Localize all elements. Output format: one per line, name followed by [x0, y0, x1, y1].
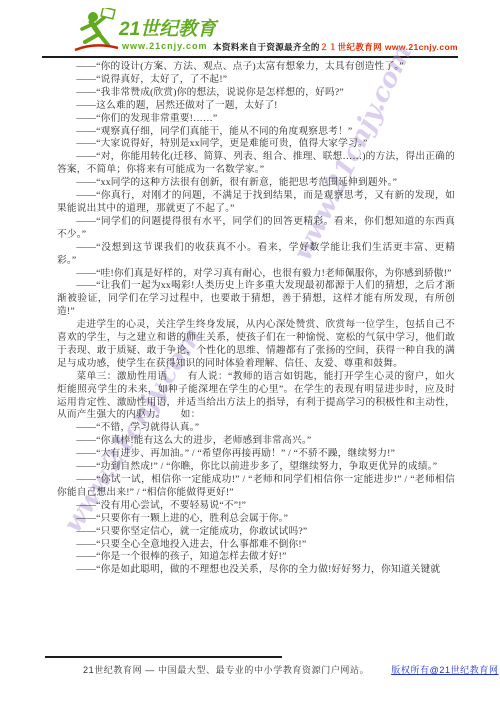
document-body: ——“你的设计(方案、方法、观点、点子)太富有想象力，太具有创造性了。” ——“… [57, 61, 455, 577]
paragraph: ——这么难的题，居然还做对了一题，太好了! [57, 100, 455, 113]
logo-brand-text: 21世纪教育 [118, 18, 219, 40]
paragraph: ——“没有用心尝试，不要轻易说“不”!” [57, 500, 455, 513]
footer-site-description: 21世纪教育网 — 中国最大型、最专业的中小学教育资源门户网站。 [83, 663, 369, 676]
paragraph: ——“你是如此聪明，做的不理想也没关系，尽你的全力做!好好努力，你知道关键就 [57, 564, 455, 577]
paragraph: ——“你是一个很棒的孩子，知道怎样去做才好!” [57, 551, 455, 564]
paragraph: ——“说得真好，太好了，了不起!” [57, 74, 455, 87]
paragraph: 走进学生的心灵，关注学生终身发展，从内心深处赞赏、欣赏每一位学生，包括自己不喜欢… [57, 319, 455, 371]
header-tagline: 本资料来自于资源最齐全的２１世纪教育网 www.21cnjy.com [213, 41, 458, 53]
paragraph: ——“对，你能用转化(迁移、简算、列表、组合、推理、联想……)的方法，得出正确的… [57, 151, 455, 177]
page-footer: 21世纪教育网 — 中国最大型、最专业的中小学教育资源门户网站。 版权所有@21… [83, 663, 460, 676]
logo-site-url: www.21cnjy.com [121, 41, 208, 51]
paragraph: ——“没想到这节课我们的收获真不小。看来，学好数学能让我们生活更丰富、更精彩。” [57, 242, 455, 268]
paragraph: ——“哇!你们真是好样的，对学习真有耐心，也很有毅力!老师佩服你，为你感到骄傲!… [57, 268, 455, 281]
paragraph: ——“大有进步、再加油。” / “希望你再接再励！” / “不骄不躁，继续努力!… [57, 448, 455, 461]
running-man-icon [75, 8, 118, 50]
page-header: 21世纪教育 www.21cnjy.com 本资料来自于资源最齐全的２１世纪教育… [42, 0, 458, 58]
document-page: { "header": { "logo": { "brand": "21世纪教育… [0, 0, 500, 707]
swoosh-underline [75, 45, 118, 50]
paragraph: ——“你真行，对刚才的问题，不满足于找到结果，而是观察思考，又有新的发现，如果能… [57, 190, 455, 216]
paragraph: ——“只要你坚定信心，就一定能成功，你敢试试吗?” [57, 526, 455, 539]
paragraph: ——“你试一试，相信你一定能成功!” / “老师和同学们相信你一定能进步!” /… [57, 474, 455, 500]
paragraph: ——“你们的发现非常重要!……” [57, 113, 455, 126]
tagline-brand: ２１世纪教育网 [320, 42, 382, 52]
paragraph: 菜单三：激励性用语 有人说：“教师的语言如钥匙，能打开学生心灵的窗户，如火炬能照… [57, 371, 455, 423]
paragraph: ——“不错，学习就得认真。” [57, 422, 455, 435]
paragraph: ——“观察真仔细，同学们真能干，能从不同的角度观察思考！” [57, 126, 455, 139]
paragraph: ——“你的设计(方案、方法、观点、点子)太富有想象力，太具有创造性了。” [57, 61, 455, 74]
paragraph: ——“让我们一起为xx喝彩!人类历史上许多重大发现最初都源于人们的猜想，之后才渐… [57, 280, 455, 319]
paragraph: ——“大家说得好，特别是xx同学，更是难能可贵，值得大家学习。” [57, 138, 455, 151]
tagline-url: www.21cnjy.com [385, 42, 458, 52]
paragraph: ——“只要全心全意地投入进去，什么事都难不倒你!” [57, 539, 455, 552]
paragraph: ——“我非常赞成(欣赏)你的想法，说说你是怎样想的，好吗?” [57, 87, 455, 100]
paragraph: ——“同学们的问题提得很有水平，同学们的回答更精彩。看来，你们想知道的东西真不少… [57, 216, 455, 242]
paragraph: ——“你真棒!能有这么大的进步，老师感到非常高兴。” [57, 435, 455, 448]
tagline-prefix: 本资料来自于资源最齐全的 [213, 42, 320, 52]
footer-divider [45, 656, 282, 658]
copyright-link[interactable]: 版权所有@21世纪教育网 [391, 663, 498, 676]
paragraph: ——“xx同学的这种方法很有创新，很有新意，能把思考范围延伸到题外。” [57, 177, 455, 190]
paragraph: ——“功到自然成!” / “你瞧，你比以前进步多了，望继续努力，争取更优异的成绩… [57, 461, 455, 474]
paragraph: ——“只要你有一颗上进的心，胜利总会属于你。” [57, 513, 455, 526]
